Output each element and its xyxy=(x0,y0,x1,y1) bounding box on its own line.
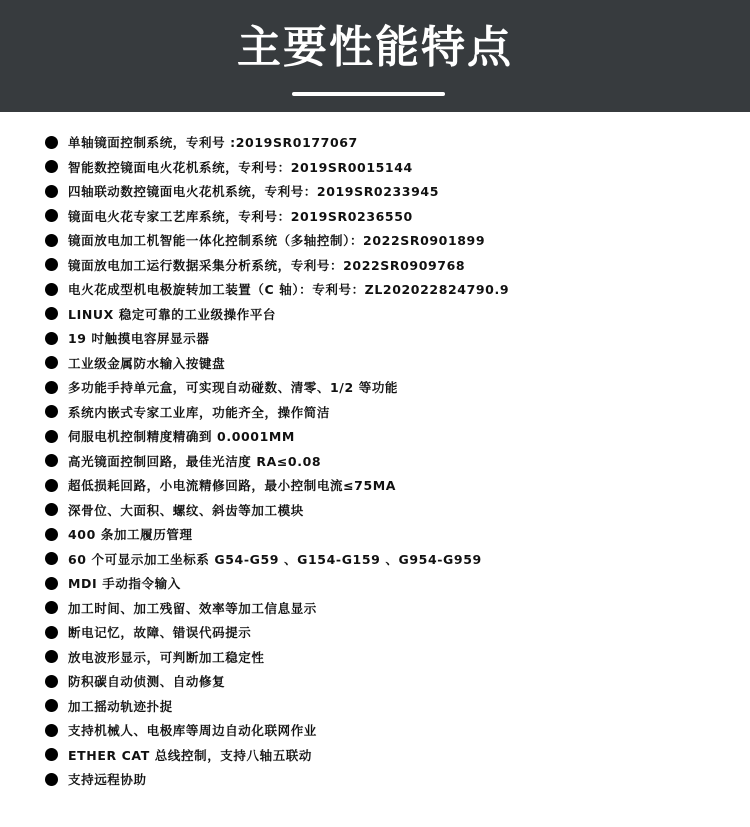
bullet-icon xyxy=(45,454,58,467)
feature-item: 19 吋触摸电容屏显示器 xyxy=(45,326,509,351)
bullet-icon xyxy=(45,307,58,320)
feature-item: 加工时间、加工残留、效率等加工信息显示 xyxy=(45,596,509,621)
feature-item: 伺服电机控制精度精确到 0.0001MM xyxy=(45,424,509,449)
feature-text: 支持机械人、电极库等周边自动化联网作业 xyxy=(68,721,317,739)
feature-item: 镜面放电加工运行数据采集分析系统，专利号：2022SR0909768 xyxy=(45,253,509,278)
feature-text: 放电波形显示，可判断加工稳定性 xyxy=(68,648,265,666)
feature-text: 加工摇动轨迹扑捉 xyxy=(68,697,173,715)
feature-item: LINUX 稳定可靠的工业级操作平台 xyxy=(45,302,509,327)
feature-text: 四轴联动数控镜面电火花机系统，专利号：2019SR0233945 xyxy=(68,182,439,200)
feature-item: 深骨位、大面积、螺纹、斜齿等加工模块 xyxy=(45,498,509,523)
header-banner: 主要性能特点 xyxy=(0,0,750,112)
feature-text: MDI 手动指令输入 xyxy=(68,574,181,592)
feature-item: 放电波形显示，可判断加工稳定性 xyxy=(45,645,509,670)
feature-item: 镜面放电加工机智能一体化控制系统（多轴控制）：2022SR0901899 xyxy=(45,228,509,253)
feature-text: 断电记忆，故障、错误代码提示 xyxy=(68,623,251,641)
feature-item: 四轴联动数控镜面电火花机系统，专利号：2019SR0233945 xyxy=(45,179,509,204)
feature-text: 电火花成型机电极旋转加工装置（C 轴）：专利号：ZL202022824790.9 xyxy=(68,280,509,298)
bullet-icon xyxy=(45,748,58,761)
feature-text: ETHER CAT 总线控制，支持八轴五联动 xyxy=(68,746,312,764)
feature-text: 19 吋触摸电容屏显示器 xyxy=(68,329,209,347)
bullet-icon xyxy=(45,552,58,565)
bullet-icon xyxy=(45,773,58,786)
bullet-icon xyxy=(45,626,58,639)
bullet-icon xyxy=(45,160,58,173)
feature-text: 深骨位、大面积、螺纹、斜齿等加工模块 xyxy=(68,501,304,519)
feature-text: 伺服电机控制精度精确到 0.0001MM xyxy=(68,427,295,445)
bullet-icon xyxy=(45,283,58,296)
bullet-icon xyxy=(45,258,58,271)
bullet-icon xyxy=(45,209,58,222)
feature-text: 超低损耗回路，小电流精修回路，最小控制电流≤75MA xyxy=(68,476,396,494)
bullet-icon xyxy=(45,601,58,614)
feature-text: 工业级金属防水输入按键盘 xyxy=(68,354,225,372)
feature-text: 智能数控镜面电火花机系统，专利号：2019SR0015144 xyxy=(68,158,413,176)
bullet-icon xyxy=(45,675,58,688)
bullet-icon xyxy=(45,699,58,712)
bullet-icon xyxy=(45,234,58,247)
feature-text: 镜面放电加工机智能一体化控制系统（多轴控制）：2022SR0901899 xyxy=(68,231,485,249)
feature-text: LINUX 稳定可靠的工业级操作平台 xyxy=(68,305,276,323)
bullet-icon xyxy=(45,405,58,418)
bullet-icon xyxy=(45,332,58,345)
feature-item: 多功能手持单元盒，可实现自动碰数、清零、1/2 等功能 xyxy=(45,375,509,400)
feature-text: 400 条加工履历管理 xyxy=(68,525,193,543)
feature-text: 系统内嵌式专家工业库，功能齐全，操作简洁 xyxy=(68,403,330,421)
bullet-icon xyxy=(45,356,58,369)
feature-item: 400 条加工履历管理 xyxy=(45,522,509,547)
feature-item: 高光镜面控制回路，最佳光洁度 RA≤0.08 xyxy=(45,449,509,474)
title-underline-divider xyxy=(292,92,445,96)
feature-item: 电火花成型机电极旋转加工装置（C 轴）：专利号：ZL202022824790.9 xyxy=(45,277,509,302)
bullet-icon xyxy=(45,528,58,541)
feature-text: 加工时间、加工残留、效率等加工信息显示 xyxy=(68,599,317,617)
bullet-icon xyxy=(45,650,58,663)
feature-item: 支持远程协助 xyxy=(45,767,509,792)
feature-text: 镜面放电加工运行数据采集分析系统，专利号：2022SR0909768 xyxy=(68,256,465,274)
feature-text: 高光镜面控制回路，最佳光洁度 RA≤0.08 xyxy=(68,452,321,470)
feature-text: 多功能手持单元盒，可实现自动碰数、清零、1/2 等功能 xyxy=(68,378,398,396)
feature-item: ETHER CAT 总线控制，支持八轴五联动 xyxy=(45,743,509,768)
bullet-icon xyxy=(45,136,58,149)
feature-text: 60 个可显示加工坐标系 G54-G59 、G154-G159 、G954-G9… xyxy=(68,550,482,568)
feature-item: 超低损耗回路，小电流精修回路，最小控制电流≤75MA xyxy=(45,473,509,498)
feature-item: 智能数控镜面电火花机系统，专利号：2019SR0015144 xyxy=(45,155,509,180)
feature-item: 加工摇动轨迹扑捉 xyxy=(45,694,509,719)
bullet-icon xyxy=(45,381,58,394)
feature-item: 镜面电火花专家工艺库系统，专利号：2019SR0236550 xyxy=(45,204,509,229)
bullet-icon xyxy=(45,430,58,443)
feature-text: 镜面电火花专家工艺库系统，专利号：2019SR0236550 xyxy=(68,207,413,225)
feature-item: MDI 手动指令输入 xyxy=(45,571,509,596)
feature-text: 防积碳自动侦测、自动修复 xyxy=(68,672,225,690)
bullet-icon xyxy=(45,503,58,516)
feature-item: 断电记忆，故障、错误代码提示 xyxy=(45,620,509,645)
feature-list: 单轴镜面控制系统，专利号 :2019SR0177067 智能数控镜面电火花机系统… xyxy=(45,130,509,792)
feature-item: 工业级金属防水输入按键盘 xyxy=(45,351,509,376)
feature-item: 系统内嵌式专家工业库，功能齐全，操作简洁 xyxy=(45,400,509,425)
feature-item: 单轴镜面控制系统，专利号 :2019SR0177067 xyxy=(45,130,509,155)
bullet-icon xyxy=(45,724,58,737)
feature-item: 支持机械人、电极库等周边自动化联网作业 xyxy=(45,718,509,743)
feature-text: 支持远程协助 xyxy=(68,770,147,788)
page-title: 主要性能特点 xyxy=(0,20,750,76)
feature-item: 防积碳自动侦测、自动修复 xyxy=(45,669,509,694)
feature-item: 60 个可显示加工坐标系 G54-G59 、G154-G159 、G954-G9… xyxy=(45,547,509,572)
bullet-icon xyxy=(45,479,58,492)
feature-text: 单轴镜面控制系统，专利号 :2019SR0177067 xyxy=(68,133,358,151)
bullet-icon xyxy=(45,185,58,198)
bullet-icon xyxy=(45,577,58,590)
